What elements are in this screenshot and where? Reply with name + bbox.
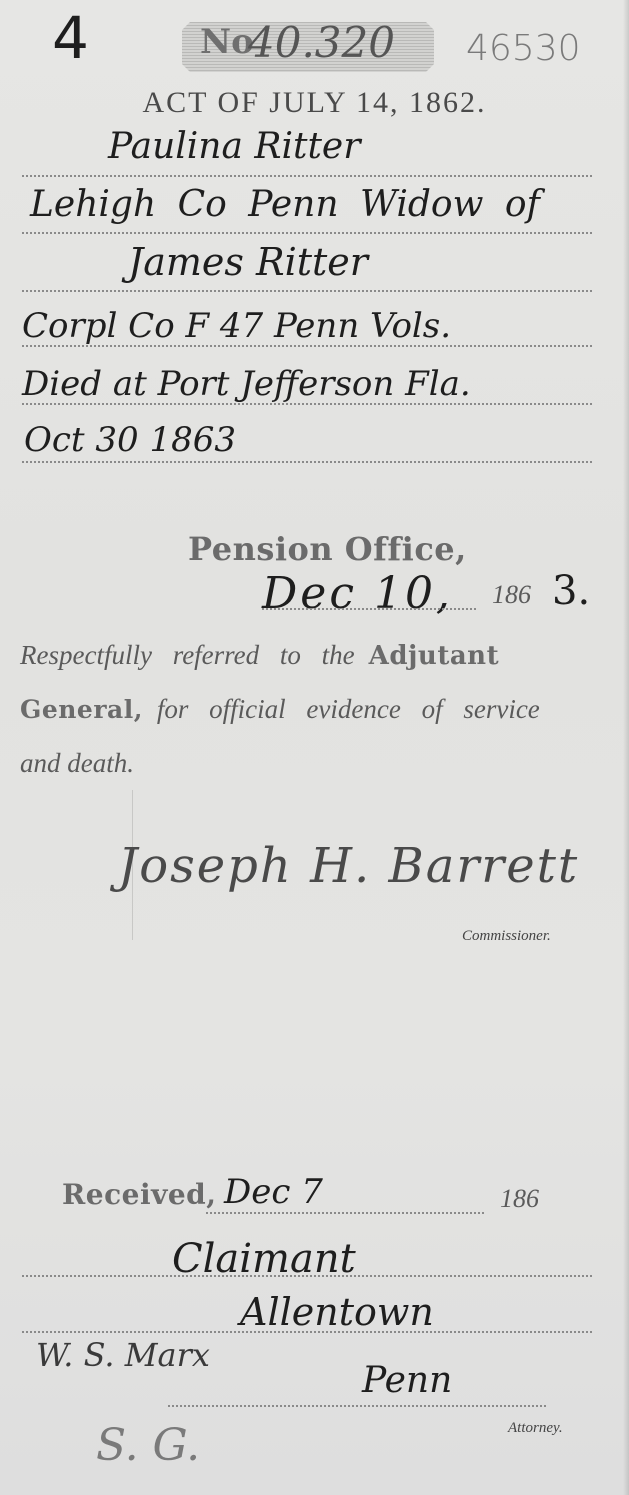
number-plate-label: No: [200, 22, 254, 62]
dotted-rule: [262, 608, 476, 610]
dotted-rule: [22, 232, 592, 234]
soldier-unit: Corpl Co F 47 Penn Vols.: [22, 306, 451, 346]
dotted-rule: [168, 1405, 546, 1407]
dotted-rule: [22, 461, 592, 463]
referral-text: for official evidence of service: [157, 694, 540, 724]
dotted-rule: [22, 403, 592, 405]
referral-line-1: Respectfully referred to the Adjutant: [20, 640, 600, 671]
received-place: Allentown: [240, 1290, 434, 1334]
death-place: Died at Port Jefferson Fla.: [22, 364, 471, 404]
dotted-rule: [22, 1275, 592, 1277]
act-title: ACT OF JULY 14, 1862.: [0, 86, 629, 120]
referral-gothic-word: Adjutant: [369, 641, 499, 671]
soldier-name: James Ritter: [128, 240, 368, 284]
referral-gothic-word: General,: [20, 695, 143, 724]
received-date: Dec 7: [224, 1172, 323, 1212]
attorney-name: W. S. Marx: [36, 1336, 210, 1374]
dotted-rule: [22, 345, 592, 347]
alternate-number: 46530: [466, 28, 581, 69]
referral-text: Respectfully referred to the: [20, 640, 355, 670]
certificate-number: 40.320: [248, 18, 395, 67]
pension-record-card: 4 No 40.320 46530 ACT OF JULY 14, 1862. …: [0, 0, 629, 1495]
dotted-rule: [206, 1212, 484, 1214]
office-heading: Pension Office,: [188, 530, 467, 568]
attorney-label: Attorney.: [508, 1420, 563, 1437]
claimant-residence: Lehigh Co Penn Widow of: [30, 184, 540, 225]
received-label: Received,: [62, 1178, 217, 1211]
received-year-printed: 186: [500, 1184, 539, 1214]
corner-mark: 4: [52, 4, 89, 72]
clerk-initials: S. G.: [96, 1420, 200, 1471]
death-date: Oct 30 1863: [24, 420, 236, 460]
dotted-rule: [22, 290, 592, 292]
commissioner-signature: Joseph H. Barrett: [118, 838, 579, 894]
office-date-year-digit: 3.: [552, 568, 590, 614]
office-date-year-printed: 186: [492, 580, 531, 610]
office-date: Dec 10,: [262, 568, 453, 619]
paper-edge-shadow: [623, 0, 629, 1495]
dotted-rule: [22, 1331, 592, 1333]
attorney-state: Penn: [362, 1360, 452, 1401]
commissioner-title: Commissioner.: [462, 928, 551, 945]
referral-line-3: and death.: [20, 748, 134, 779]
claimant-name: Paulina Ritter: [108, 126, 360, 167]
referral-line-2: General, for official evidence of servic…: [20, 694, 620, 725]
dotted-rule: [22, 175, 592, 177]
